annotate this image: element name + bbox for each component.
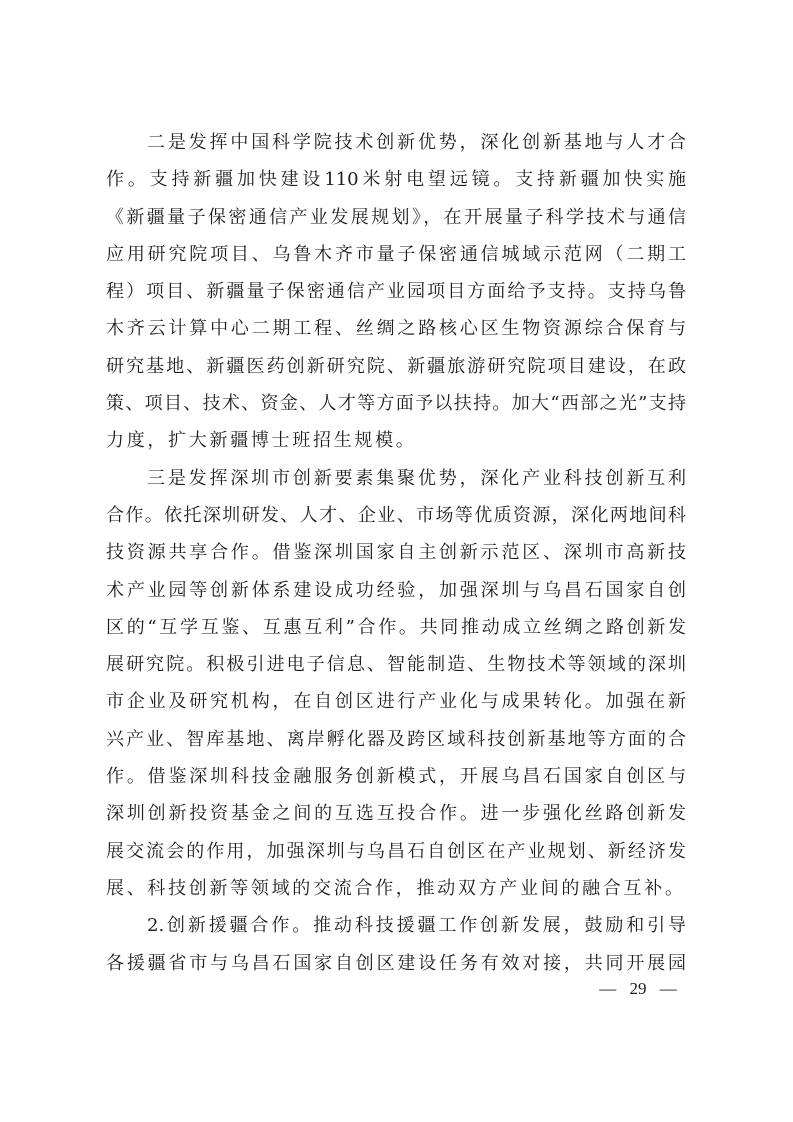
page-number: — 29 — bbox=[590, 979, 686, 999]
text-line: 策、项目、技术、资金、人才等方面予以扶持。加大“西部之光”支持 bbox=[106, 385, 686, 422]
text-line: 作。支持新疆加快建设110米射电望远镜。支持新疆加快实施 bbox=[106, 161, 686, 198]
paragraph-shenzhen-cooperation: 三是发挥深圳市创新要素集聚优势，深化产业科技创新互利 合作。依托深圳研发、人才、… bbox=[106, 460, 686, 908]
text-line: 深圳创新投资基金之间的互选互投合作。进一步强化丝路创新发 bbox=[106, 795, 686, 832]
document-page: 二是发挥中国科学院技术创新优势，深化创新基地与人才合 作。支持新疆加快建设110… bbox=[0, 0, 793, 1122]
text-line: 《新疆量子保密通信产业发展规划》，在开展量子科学技术与通信 bbox=[106, 199, 686, 236]
text-line: 程）项目、新疆量子保密通信产业园项目方面给予支持。支持乌鲁 bbox=[106, 273, 686, 310]
text-line: 各援疆省市与乌昌石国家自创区建设任务有效对接，共同开展园 bbox=[106, 945, 686, 982]
text-line: 区的“互学互鉴、互惠互利”合作。共同推动成立丝绸之路创新发 bbox=[106, 609, 686, 646]
text-line: 二是发挥中国科学院技术创新优势，深化创新基地与人才合 bbox=[106, 124, 686, 161]
paragraph-xinjiang-aid-cooperation: 2.创新援疆合作。推动科技援疆工作创新发展，鼓励和引导 各援疆省市与乌昌石国家自… bbox=[106, 907, 686, 982]
text-line: 作。借鉴深圳科技金融服务创新模式，开展乌昌石国家自创区与 bbox=[106, 758, 686, 795]
text-line: 2.创新援疆合作。推动科技援疆工作创新发展，鼓励和引导 bbox=[106, 907, 686, 944]
text-line: 研究基地、新疆医药创新研究院、新疆旅游研究院项目建设，在政 bbox=[106, 348, 686, 385]
text-line: 市企业及研究机构，在自创区进行产业化与成果转化。加强在新 bbox=[106, 683, 686, 720]
text-line: 技资源共享合作。借鉴深圳国家自主创新示范区、深圳市高新技 bbox=[106, 534, 686, 571]
text-line: 展交流会的作用，加强深圳与乌昌石自创区在产业规划、新经济发 bbox=[106, 833, 686, 870]
text-line: 木齐云计算中心二期工程、丝绸之路核心区生物资源综合保育与 bbox=[106, 310, 686, 347]
text-line: 三是发挥深圳市创新要素集聚优势，深化产业科技创新互利 bbox=[106, 460, 686, 497]
text-line: 展研究院。积极引进电子信息、智能制造、生物技术等领域的深圳 bbox=[106, 646, 686, 683]
text-line: 术产业园等创新体系建设成功经验，加强深圳与乌昌石国家自创 bbox=[106, 572, 686, 609]
text-line: 合作。依托深圳研发、人才、企业、市场等优质资源，深化两地间科 bbox=[106, 497, 686, 534]
text-line-paragraph-end: 展、科技创新等领域的交流合作，推动双方产业间的融合互补。 bbox=[106, 870, 686, 907]
text-line-paragraph-end: 力度，扩大新疆博士班招生规模。 bbox=[106, 422, 686, 459]
paragraph-cas-cooperation: 二是发挥中国科学院技术创新优势，深化创新基地与人才合 作。支持新疆加快建设110… bbox=[106, 124, 686, 460]
text-line: 应用研究院项目、乌鲁木齐市量子保密通信城域示范网（二期工 bbox=[106, 236, 686, 273]
text-line: 兴产业、智库基地、离岸孵化器及跨区域科技创新基地等方面的合 bbox=[106, 721, 686, 758]
body-text: 二是发挥中国科学院技术创新优势，深化创新基地与人才合 作。支持新疆加快建设110… bbox=[106, 124, 686, 982]
